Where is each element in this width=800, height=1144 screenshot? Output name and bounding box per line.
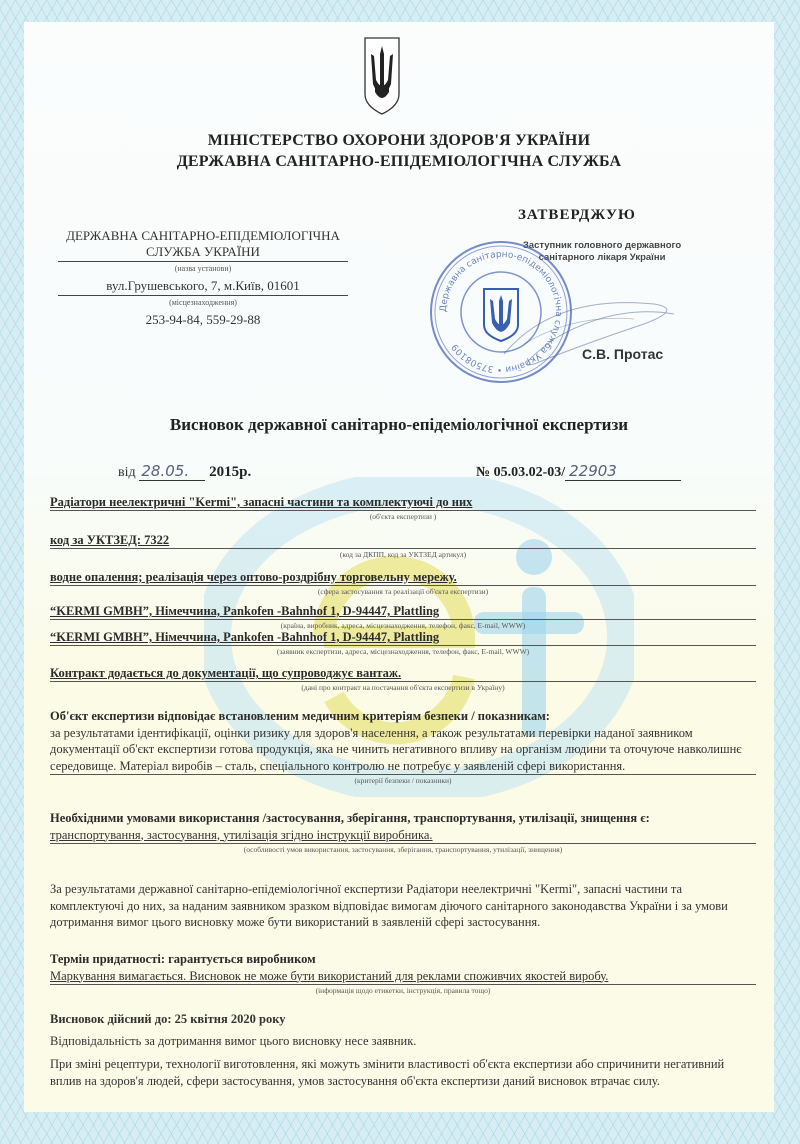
- field-value: “KERMI GMBH”, Німеччина, Pankofen -Bahnh…: [50, 629, 756, 645]
- ministry-heading: МІНІСТЕРСТВО ОХОРОНИ ЗДОРОВ'Я УКРАЇНИ ДЕ…: [24, 130, 774, 172]
- field-caption: (дані про контракт на постачання об'єкта…: [50, 683, 756, 693]
- responsibility-text: Відповідальність за дотримання вимог цьо…: [50, 1033, 756, 1050]
- field-caption: (об'єкта експертизи ): [50, 512, 756, 522]
- ministry-line-2: ДЕРЖАВНА САНІТАРНО-ЕПІДЕМІОЛОГІЧНА СЛУЖБ…: [24, 151, 774, 172]
- institution-block: ДЕРЖАВНА САНІТАРНО-ЕПІДЕМІОЛОГІЧНА СЛУЖБ…: [58, 228, 348, 328]
- date-prefix: від: [118, 465, 136, 480]
- divider: [50, 510, 756, 511]
- institution-name-line-2: СЛУЖБА УКРАЇНИ: [58, 244, 348, 260]
- institution-address: вул.Грушевського, 7, м.Київ, 01601: [58, 278, 348, 294]
- document-title: Висновок державної санітарно-епідеміолог…: [24, 415, 774, 435]
- institution-address-caption: (місцезнаходження): [58, 297, 348, 309]
- divider: [50, 681, 756, 682]
- field-applicant: “KERMI GMBH”, Німеччина, Pankofen -Bahnh…: [50, 629, 756, 657]
- shelf-life-caption: (інформація щодо етикетки, інструкція, п…: [50, 985, 756, 996]
- criteria-caption: (критерії безпеки / показники): [50, 775, 756, 786]
- divider: [50, 619, 756, 620]
- date-year: 2015р.: [209, 464, 251, 480]
- field-code: код за УКТЗЕД: 7322 (код за ДКПП, код за…: [50, 532, 756, 560]
- coat-of-arms-icon: [363, 36, 401, 116]
- conditions-heading: Необхідними умовами використання /застос…: [50, 810, 756, 827]
- document-number: № 05.03.02-03/22903: [476, 462, 681, 481]
- institution-name-caption: (назва установи): [58, 263, 348, 275]
- approver-name: С.В. Протас: [582, 346, 663, 362]
- field-caption: (сфера застосування та реалізації об'єкт…: [50, 587, 756, 597]
- conditions-caption: (особливості умов використання, застосув…: [50, 844, 756, 855]
- approval-label: ЗАТВЕРДЖУЮ: [518, 207, 636, 224]
- shelf-life-heading: Термін придатності: гарантується виробни…: [50, 951, 756, 968]
- shelf-life-section: Термін придатності: гарантується виробни…: [50, 951, 756, 996]
- criteria-heading: Об'єкт експертизи відповідає встановлени…: [50, 708, 756, 725]
- institution-phones: 253-94-84, 559-29-88: [58, 312, 348, 328]
- criteria-text: за результатами ідентифікації, оцінки ри…: [50, 725, 756, 775]
- number-prefix: № 05.03.02-03/: [476, 465, 565, 480]
- invalidation-text: При зміні рецептури, технології виготовл…: [50, 1056, 756, 1089]
- field-value: “KERMI GMBH”, Німеччина, Pankofen -Bahnh…: [50, 603, 756, 619]
- field-contract: Контракт додається до документації, що с…: [50, 665, 756, 693]
- field-caption: (код за ДКПП, код за УКТЗЕД артикул): [50, 550, 756, 560]
- criteria-section: Об'єкт експертизи відповідає встановлени…: [50, 708, 756, 786]
- divider: [50, 645, 756, 646]
- field-scope: водне опалення; реалізація через оптово-…: [50, 569, 756, 597]
- field-value: код за УКТЗЕД: 7322: [50, 532, 756, 548]
- certificate-sheet: МІНІСТЕРСТВО ОХОРОНИ ЗДОРОВ'Я УКРАЇНИ ДЕ…: [24, 22, 774, 1112]
- field-value: Контракт додається до документації, що с…: [50, 665, 756, 681]
- divider: [50, 585, 756, 586]
- validity-date: Висновок дійсний до: 25 квітня 2020 року: [50, 1011, 756, 1028]
- conclusion-paragraph: За результатами державної санітарно-епід…: [50, 881, 756, 931]
- document-date: від 28.05. 2015р.: [118, 462, 251, 481]
- divider: [58, 261, 348, 262]
- field-manufacturer: “KERMI GMBH”, Німеччина, Pankofen -Bahnh…: [50, 603, 756, 631]
- divider: [58, 295, 348, 296]
- field-value: водне опалення; реалізація через оптово-…: [50, 569, 756, 585]
- field-caption: (заявник експертизи, адреса, місцезнаход…: [50, 647, 756, 657]
- shelf-life-text: Маркування вимагається. Висновок не може…: [50, 968, 756, 985]
- number-handwritten: 22903: [565, 462, 681, 481]
- divider: [50, 548, 756, 549]
- ministry-line-1: МІНІСТЕРСТВО ОХОРОНИ ЗДОРОВ'Я УКРАЇНИ: [24, 130, 774, 151]
- institution-name-line-1: ДЕРЖАВНА САНІТАРНО-ЕПІДЕМІОЛОГІЧНА: [58, 228, 348, 244]
- conditions-text: транспортування, застосування, утилізаці…: [50, 827, 756, 844]
- date-handwritten: 28.05.: [139, 462, 205, 481]
- field-value: Радіатори неелектричні "Kermi", запасні …: [50, 494, 756, 510]
- field-object: Радіатори неелектричні "Kermi", запасні …: [50, 494, 756, 522]
- conditions-section: Необхідними умовами використання /застос…: [50, 810, 756, 855]
